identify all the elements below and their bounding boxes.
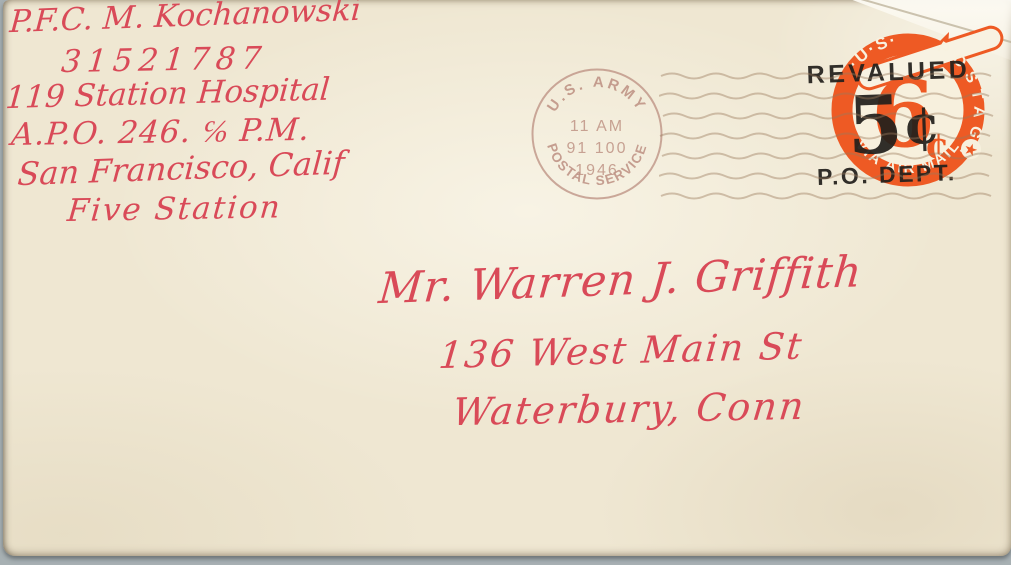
envelope-paper: P.F.C. M. Kochanowski 31521787 119 Stati… (3, 0, 1011, 556)
return-address-name: P.F.C. M. Kochanowski (8, 0, 362, 40)
postmark-time: 11 AM (570, 118, 624, 135)
postmark: U.S. ARMY POSTAL SERVICE 11 AM 91 100 19… (529, 64, 667, 206)
postmark-year: 1946 (575, 162, 619, 179)
recipient-city: Waterbury, Conn (450, 384, 807, 434)
postmark-top-arc: U.S. ARMY (544, 74, 650, 115)
envelope-scan: { "document_type": "WWII airmail envelop… (0, 0, 1011, 565)
recipient-street: 136 West Main St (437, 324, 806, 377)
return-address-unit: 119 Station Hospital (4, 72, 331, 117)
svg-text:U.S. ARMY: U.S. ARMY (544, 74, 650, 115)
recipient-name: Mr. Warren J. Griffith (377, 247, 865, 314)
postmark-date: 91 100 (567, 140, 628, 157)
cancel-wavy-lines (659, 62, 1011, 212)
return-address-station: Five Station (66, 189, 283, 229)
